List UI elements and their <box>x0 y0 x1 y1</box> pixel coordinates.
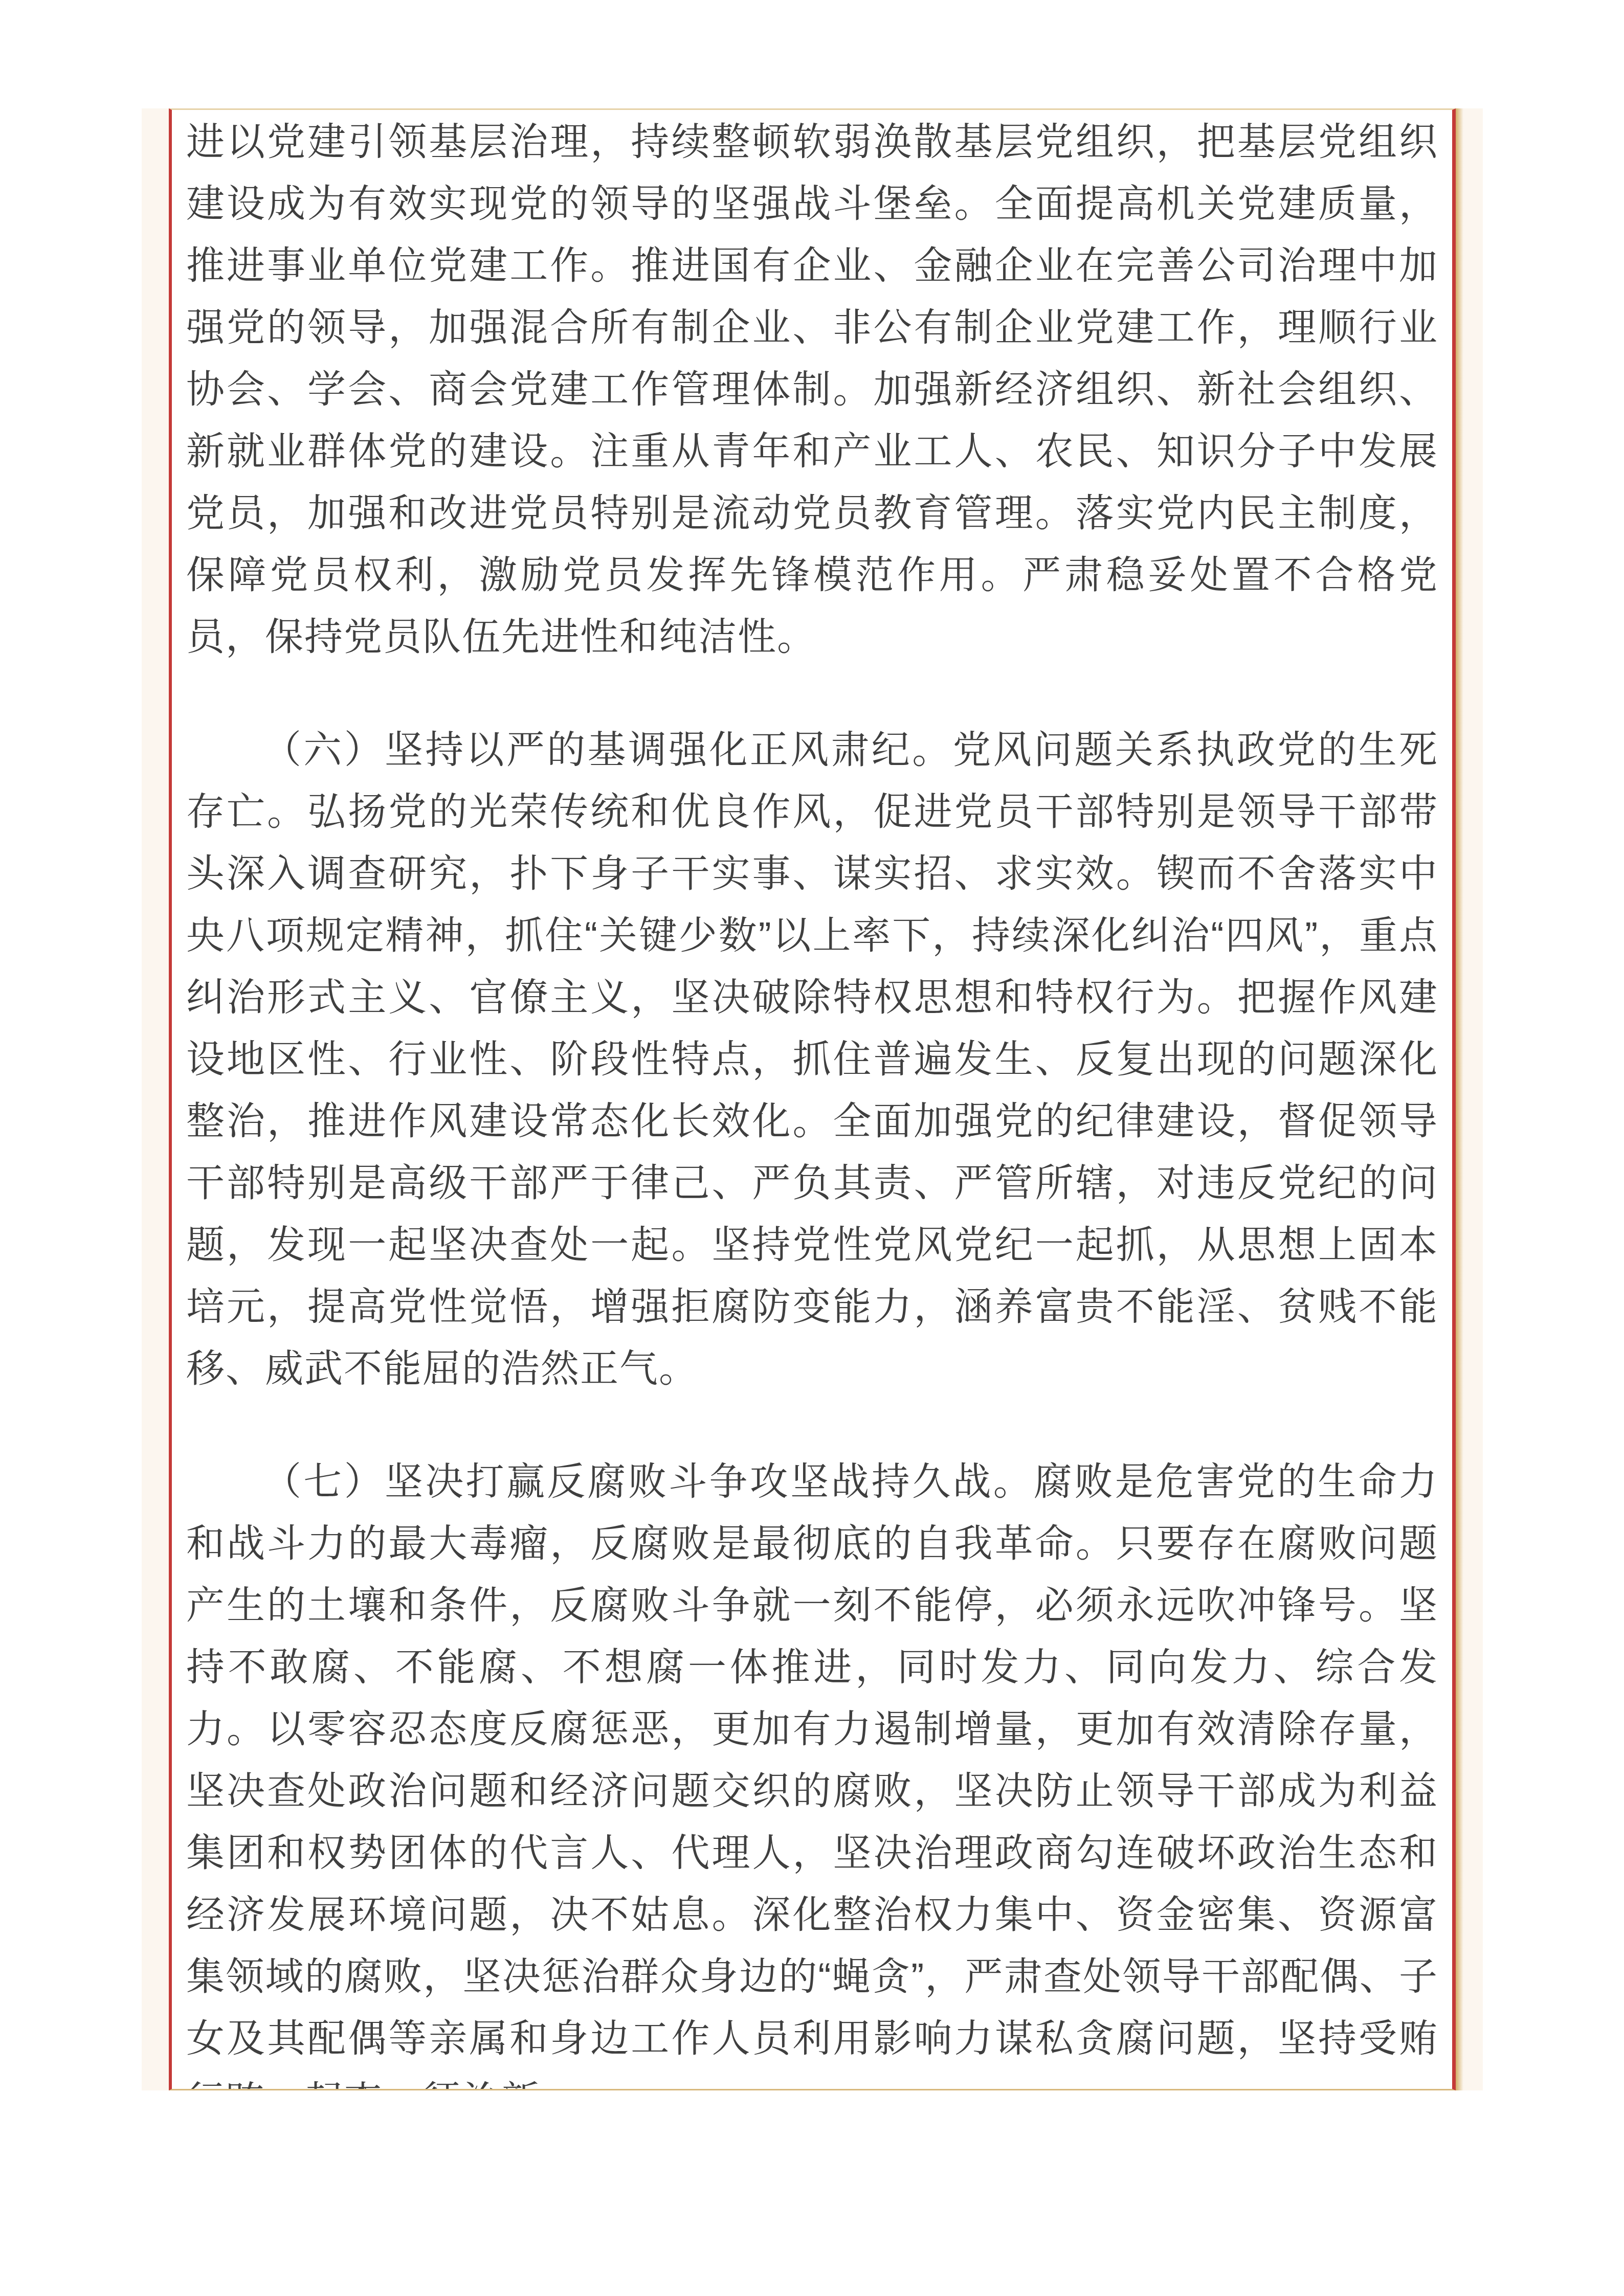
paragraph-continuation: 进以党建引领基层治理，持续整顿软弱涣散基层党组织，把基层党组织建设成为有效实现党… <box>186 111 1438 668</box>
article-body: 进以党建引领基层治理，持续整顿软弱涣散基层党组织，把基层党组织建设成为有效实现党… <box>169 108 1456 2090</box>
paragraph-section-seven: （七）坚决打赢反腐败斗争攻坚战持久战。腐败是危害党的生命力和战斗力的最大毒瘤，反… <box>186 1451 1438 2090</box>
paragraph-section-six: （六）坚持以严的基调强化正风肃纪。党风问题关系执政党的生死存亡。弘扬党的光荣传统… <box>186 719 1438 1400</box>
gold-shadow-strip <box>1456 108 1463 2090</box>
article-frame: 进以党建引领基层治理，持续整顿软弱涣散基层党组织，把基层党组织建设成为有效实现党… <box>142 108 1483 2090</box>
